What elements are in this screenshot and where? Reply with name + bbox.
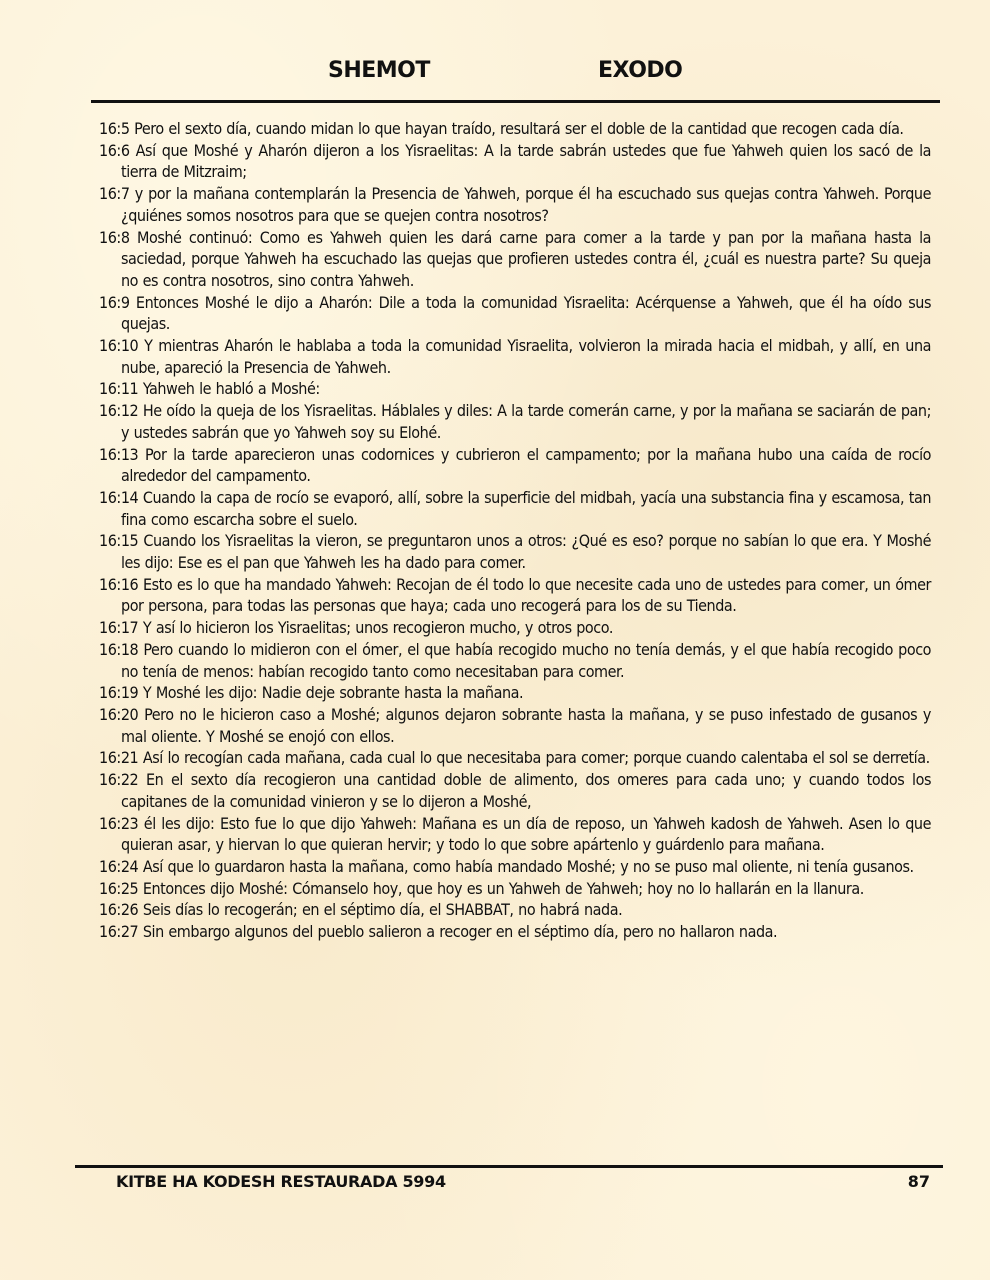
verse: 16:9 Entonces Moshé le dijo a Aharón: Di… <box>99 292 931 335</box>
page-footer: KITBE HA KODESH RESTAURADA 5994 87 <box>0 1172 990 1196</box>
header-divider <box>91 100 940 103</box>
verse-ref: 16:9 <box>99 293 130 312</box>
verse: 16:10 Y mientras Aharón le hablaba a tod… <box>99 335 931 378</box>
verse: 16:13 Por la tarde aparecieron unas codo… <box>99 444 931 487</box>
verse: 16:6 Así que Moshé y Aharón dijeron a lo… <box>99 140 931 183</box>
verse-text: Moshé continuó: Como es Yahweh quien les… <box>121 228 931 290</box>
verse-ref: 16:15 <box>99 531 138 550</box>
verse: 16:25 Entonces dijo Moshé: Cómanselo hoy… <box>99 878 931 900</box>
verse: 16:19 Y Moshé les dijo: Nadie deje sobra… <box>99 682 931 704</box>
verse-ref: 16:22 <box>99 770 138 789</box>
verse-text: Entonces Moshé le dijo a Aharón: Dile a … <box>121 293 931 334</box>
verse: 16:26 Seis días lo recogerán; en el sépt… <box>99 899 931 921</box>
verse: 16:8 Moshé continuó: Como es Yahweh quie… <box>99 227 931 292</box>
verse-ref: 16:6 <box>99 141 130 160</box>
verse-text: Pero no le hicieron caso a Moshé; alguno… <box>121 705 931 746</box>
book-name-hebrew: SHEMOT <box>328 58 430 83</box>
verse-text: Así lo recogían cada mañana, cada cual l… <box>143 748 930 767</box>
verse-ref: 16:27 <box>99 922 138 941</box>
verse-ref: 16:25 <box>99 879 138 898</box>
verse-ref: 16:18 <box>99 640 138 659</box>
verse: 16:20 Pero no le hicieron caso a Moshé; … <box>99 704 931 747</box>
verse-ref: 16:23 <box>99 814 138 833</box>
verse-text: Yahweh le habló a Moshé: <box>143 379 320 398</box>
verse-text: Y Moshé les dijo: Nadie deje sobrante ha… <box>143 683 523 702</box>
footer-book-title: KITBE HA KODESH RESTAURADA 5994 <box>116 1172 446 1191</box>
verse: 16:11 Yahweh le habló a Moshé: <box>99 378 931 400</box>
verse-ref: 16:11 <box>99 379 138 398</box>
verse-text: él les dijo: Esto fue lo que dijo Yahweh… <box>121 814 931 855</box>
verse-text: Cuando la capa de rocío se evaporó, allí… <box>121 488 931 529</box>
verse-text: Pero cuando lo midieron con el ómer, el … <box>121 640 931 681</box>
verse: 16:16 Esto es lo que ha mandado Yahweh: … <box>99 574 931 617</box>
verse: 16:14 Cuando la capa de rocío se evaporó… <box>99 487 931 530</box>
verse-text: Sin embargo algunos del pueblo salieron … <box>143 922 777 941</box>
verse-text: He oído la queja de los Yisraelitas. Háb… <box>121 401 931 442</box>
verse-ref: 16:24 <box>99 857 138 876</box>
verse: 16:18 Pero cuando lo midieron con el óme… <box>99 639 931 682</box>
footer-divider <box>75 1165 943 1168</box>
verse-text: y por la mañana contemplarán la Presenci… <box>121 184 931 225</box>
verse-text: Esto es lo que ha mandado Yahweh: Recoja… <box>121 575 931 616</box>
verse-list: 16:5 Pero el sexto día, cuando midan lo … <box>99 118 931 943</box>
verse-text: Y así lo hicieron los Yisraelitas; unos … <box>143 618 613 637</box>
verse: 16:22 En el sexto día recogieron una can… <box>99 769 931 812</box>
verse-ref: 16:19 <box>99 683 138 702</box>
verse-text: Pero el sexto día, cuando midan lo que h… <box>134 119 903 138</box>
verse-ref: 16:21 <box>99 748 138 767</box>
verse: 16:15 Cuando los Yisraelitas la vieron, … <box>99 530 931 573</box>
verse: 16:27 Sin embargo algunos del pueblo sal… <box>99 921 931 943</box>
verse-text: Así que lo guardaron hasta la mañana, co… <box>143 857 914 876</box>
verse-ref: 16:17 <box>99 618 138 637</box>
verse-ref: 16:16 <box>99 575 138 594</box>
verse-text: En el sexto día recogieron una cantidad … <box>121 770 931 811</box>
verse: 16:23 él les dijo: Esto fue lo que dijo … <box>99 813 931 856</box>
verse-text: Así que Moshé y Aharón dijeron a los Yis… <box>121 141 931 182</box>
verse: 16:24 Así que lo guardaron hasta la maña… <box>99 856 931 878</box>
book-name-spanish: EXODO <box>598 58 682 83</box>
verse-ref: 16:12 <box>99 401 138 420</box>
verse-ref: 16:26 <box>99 900 138 919</box>
verse-text: Entonces dijo Moshé: Cómanselo hoy, que … <box>143 879 864 898</box>
verse: 16:12 He oído la queja de los Yisraelita… <box>99 400 931 443</box>
verse-text: Seis días lo recogerán; en el séptimo dí… <box>143 900 622 919</box>
verse: 16:5 Pero el sexto día, cuando midan lo … <box>99 118 931 140</box>
verse-ref: 16:14 <box>99 488 138 507</box>
verse-ref: 16:10 <box>99 336 138 355</box>
verse-ref: 16:8 <box>99 228 130 247</box>
verse: 16:17 Y así lo hicieron los Yisraelitas;… <box>99 617 931 639</box>
verse-ref: 16:7 <box>99 184 130 203</box>
verse-text: Cuando los Yisraelitas la vieron, se pre… <box>121 531 931 572</box>
verse: 16:21 Así lo recogían cada mañana, cada … <box>99 747 931 769</box>
page-header: SHEMOT EXODO <box>0 58 990 94</box>
verse-ref: 16:5 <box>99 119 130 138</box>
verse-text: Por la tarde aparecieron unas codornices… <box>121 445 931 486</box>
verse-ref: 16:13 <box>99 445 138 464</box>
verse-text: Y mientras Aharón le hablaba a toda la c… <box>121 336 931 377</box>
page-number: 87 <box>908 1172 930 1191</box>
verse: 16:7 y por la mañana contemplarán la Pre… <box>99 183 931 226</box>
verse-ref: 16:20 <box>99 705 138 724</box>
